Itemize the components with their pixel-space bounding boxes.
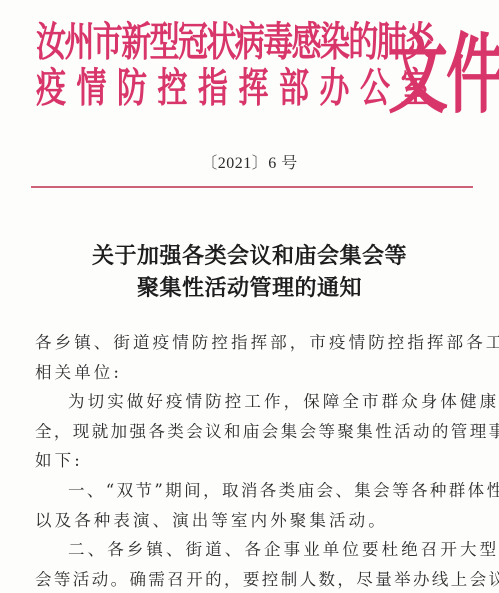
body-line-intro-cont: 全，现就加强各类会议和庙会集会等聚集性活动的管理事宜通知 (35, 417, 475, 447)
body-line-intro-end: 如下: (35, 446, 475, 476)
red-letterhead: 汝州市新型冠状病毒感染的肺炎 疫情防控指挥部办公室 文件 (36, 4, 476, 100)
body-line-addressees: 各乡镇、街道疫情防控指挥部，市疫情防控指挥部各工作组，各 (35, 328, 475, 358)
body-line-item-two: 二、各乡镇、街道、各企事业单位要杜绝召开大型会议及晚 (35, 535, 475, 565)
notice-body: 各乡镇、街道疫情防控指挥部，市疫情防控指挥部各工作组，各 相关单位: 为切实做好… (35, 328, 475, 593)
notice-title-line-2: 聚集性活动管理的通知 (0, 272, 499, 304)
letterhead-issuer-line-2: 疫情防控指挥部办公室 (36, 54, 441, 113)
body-line-addressees-cont: 相关单位: (35, 358, 475, 388)
letterhead-document-label: 文件 (388, 6, 499, 131)
document-page: 汝州市新型冠状病毒感染的肺炎 疫情防控指挥部办公室 文件 〔2021〕6 号 关… (0, 0, 499, 593)
red-divider-line (31, 186, 473, 188)
document-number: 〔2021〕6 号 (0, 150, 499, 173)
body-line-item-one-cont: 以及各种表演、演出等室内外聚集活动。 (35, 506, 475, 536)
body-line-item-one: 一、“双节”期间，取消各类庙会、集会等各种群体性活动， (35, 476, 475, 506)
body-line-item-two-cont: 会等活动。确需召开的，要控制人数，尽量举办线上会议或视频 (35, 565, 475, 593)
notice-title: 关于加强各类会议和庙会集会等 聚集性活动管理的通知 (0, 240, 499, 304)
body-line-intro: 为切实做好疫情防控工作，保障全市群众身体健康和生命安 (35, 387, 475, 417)
notice-title-line-1: 关于加强各类会议和庙会集会等 (0, 240, 499, 272)
